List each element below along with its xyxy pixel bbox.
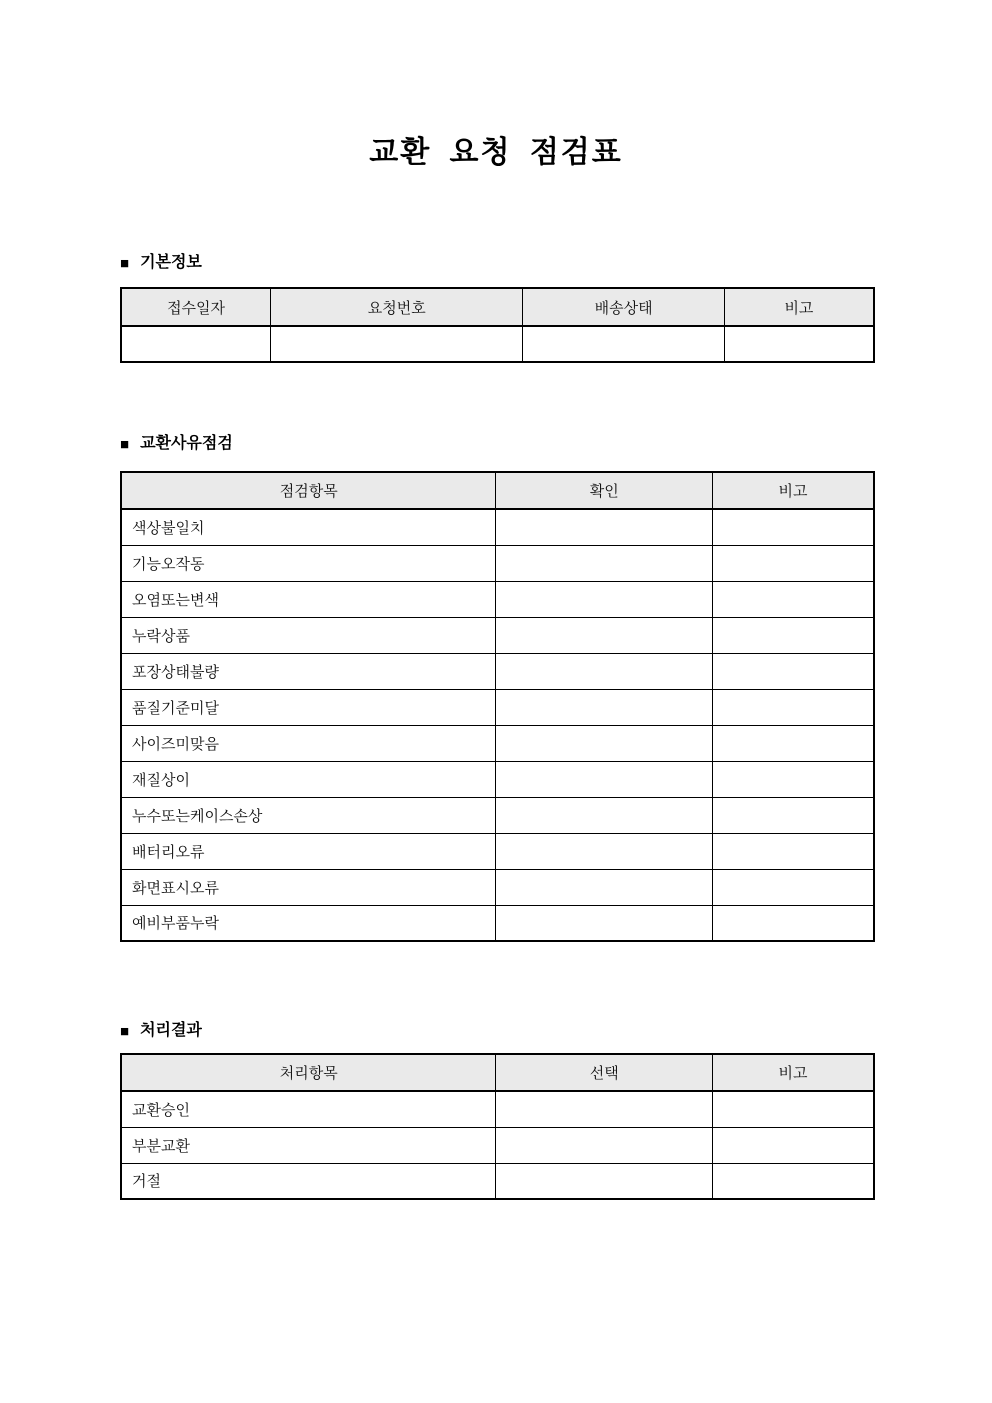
result-item-label: 부분교환	[121, 1127, 496, 1163]
table-row: 배터리오류	[121, 833, 874, 869]
confirm-cell	[496, 905, 712, 941]
col-header-remarks: 비고	[712, 472, 874, 509]
remarks-cell	[712, 617, 874, 653]
section-marker-icon: ■	[120, 437, 129, 452]
remarks-cell	[712, 653, 874, 689]
remarks-cell	[712, 545, 874, 581]
result-item-label: 거절	[121, 1163, 496, 1199]
remarks-cell	[712, 869, 874, 905]
table-row: 기능오작동	[121, 545, 874, 581]
process-result-table: 처리항목 선택 비고 교환승인 부분교환 거절	[120, 1053, 875, 1200]
check-item-label: 재질상이	[121, 761, 496, 797]
check-item-label: 품질기준미달	[121, 689, 496, 725]
col-header-receipt-date: 접수일자	[121, 288, 271, 326]
col-header-remarks: 비고	[712, 1054, 874, 1091]
col-header-remarks: 비고	[724, 288, 874, 326]
confirm-cell	[496, 581, 712, 617]
remarks-cell	[712, 761, 874, 797]
cell-receipt-date	[121, 326, 271, 362]
cell-remarks	[724, 326, 874, 362]
selection-cell	[496, 1091, 712, 1127]
remarks-cell	[712, 833, 874, 869]
confirm-cell	[496, 689, 712, 725]
remarks-cell	[712, 509, 874, 545]
result-item-label: 교환승인	[121, 1091, 496, 1127]
check-item-label: 기능오작동	[121, 545, 496, 581]
check-item-label: 색상불일치	[121, 509, 496, 545]
selection-cell	[496, 1127, 712, 1163]
remarks-cell	[712, 725, 874, 761]
remarks-cell	[712, 689, 874, 725]
col-header-request-number: 요청번호	[271, 288, 523, 326]
check-item-label: 오염또는변색	[121, 581, 496, 617]
confirm-cell	[496, 869, 712, 905]
table-row: 재질상이	[121, 761, 874, 797]
remarks-cell	[712, 1163, 874, 1199]
confirm-cell	[496, 617, 712, 653]
table-row: 누락상품	[121, 617, 874, 653]
exchange-reason-table: 점검항목 확인 비고 색상불일치 기능오작동 오염또는변색	[120, 471, 875, 942]
col-header-process-item: 처리항목	[121, 1054, 496, 1091]
check-item-label: 사이즈미맞음	[121, 725, 496, 761]
col-header-confirm: 확인	[496, 472, 712, 509]
table-row: 품질기준미달	[121, 689, 874, 725]
cell-delivery-status	[523, 326, 724, 362]
remarks-cell	[712, 1127, 874, 1163]
table-row: 화면표시오류	[121, 869, 874, 905]
table-header-row: 점검항목 확인 비고	[121, 472, 874, 509]
confirm-cell	[496, 833, 712, 869]
table-row: 오염또는변색	[121, 581, 874, 617]
check-item-label: 예비부품누락	[121, 905, 496, 941]
section-heading-basic-info: ■ 기본정보	[120, 251, 875, 275]
section-heading-label: 처리결과	[140, 1019, 202, 1043]
check-item-label: 누락상품	[121, 617, 496, 653]
check-item-label: 누수또는케이스손상	[121, 797, 496, 833]
check-item-label: 화면표시오류	[121, 869, 496, 905]
confirm-cell	[496, 725, 712, 761]
check-item-label: 포장상태불량	[121, 653, 496, 689]
table-header-row: 처리항목 선택 비고	[121, 1054, 874, 1091]
section-heading-exchange-reason-check: ■ 교환사유점검	[120, 432, 875, 456]
check-item-label: 배터리오류	[121, 833, 496, 869]
page-title: 교환 요청 점검표	[0, 0, 992, 172]
section-heading-process-result: ■ 처리결과	[120, 1019, 875, 1043]
remarks-cell	[712, 1091, 874, 1127]
col-header-check-item: 점검항목	[121, 472, 496, 509]
confirm-cell	[496, 797, 712, 833]
table-row: 사이즈미맞음	[121, 725, 874, 761]
section-heading-label: 교환사유점검	[140, 432, 233, 456]
table-row: 포장상태불량	[121, 653, 874, 689]
section-heading-label: 기본정보	[140, 251, 202, 275]
remarks-cell	[712, 581, 874, 617]
selection-cell	[496, 1163, 712, 1199]
remarks-cell	[712, 797, 874, 833]
table-row: 부분교환	[121, 1127, 874, 1163]
document-page: 교환 요청 점검표 ■ 기본정보 접수일자 요청번호 배송상태 비고	[0, 0, 992, 1403]
section-marker-icon: ■	[120, 1024, 129, 1039]
cell-request-number	[271, 326, 523, 362]
table-header-row: 접수일자 요청번호 배송상태 비고	[121, 288, 874, 326]
confirm-cell	[496, 509, 712, 545]
confirm-cell	[496, 761, 712, 797]
confirm-cell	[496, 545, 712, 581]
table-row: 누수또는케이스손상	[121, 797, 874, 833]
section-marker-icon: ■	[120, 256, 129, 271]
col-header-selection: 선택	[496, 1054, 712, 1091]
table-row: 교환승인	[121, 1091, 874, 1127]
table-row: 거절	[121, 1163, 874, 1199]
col-header-delivery-status: 배송상태	[523, 288, 724, 326]
page-content: ■ 기본정보 접수일자 요청번호 배송상태 비고	[120, 251, 875, 1200]
table-row	[121, 326, 874, 362]
table-row: 색상불일치	[121, 509, 874, 545]
table-row: 예비부품누락	[121, 905, 874, 941]
basic-info-table: 접수일자 요청번호 배송상태 비고	[120, 287, 875, 363]
confirm-cell	[496, 653, 712, 689]
remarks-cell	[712, 905, 874, 941]
